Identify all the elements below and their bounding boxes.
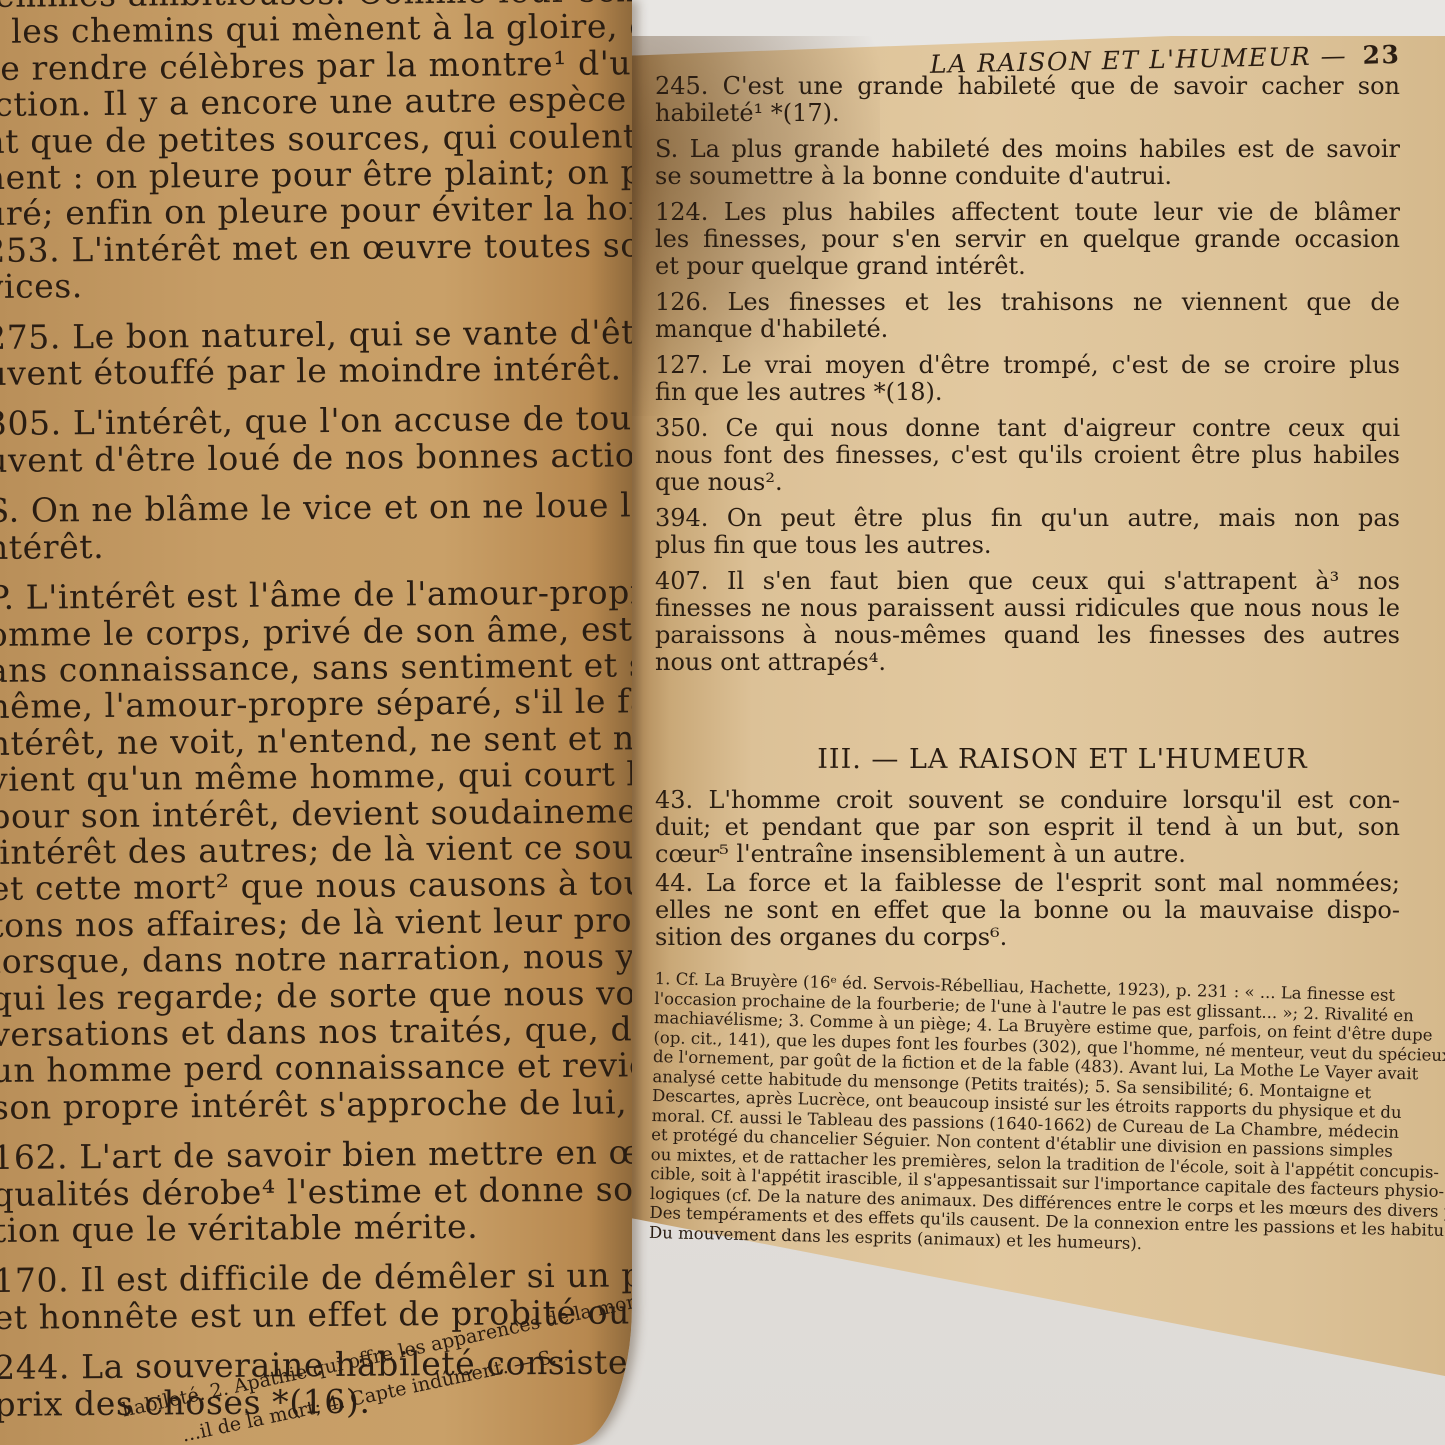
text-line: manque d'habileté.	[655, 316, 1400, 343]
text-line: 126. Les finesses et les trahisons ne vi…	[655, 289, 1400, 316]
right-page-content: LA RAISON ET L'HUMEUR — 23 245. C'est un…	[655, 40, 1400, 1242]
text-line: sition des organes du corps⁶.	[655, 924, 1400, 951]
maxim-s: S. La plus grande habileté des moins hab…	[655, 136, 1400, 190]
text-line: les finesses, pour s'en servir en quelqu…	[655, 226, 1400, 253]
text-line: cœur⁵ l'entraîne insensiblement à un aut…	[655, 841, 1400, 868]
footnotes: 1. Cf. La Bruyère (16ᵉ éd. Servois-Rébel…	[649, 969, 1400, 1259]
text-line: duit; et pendant que par son esprit il t…	[655, 814, 1400, 841]
text-line: finesses ne nous paraissent aussi ridicu…	[655, 595, 1400, 622]
text-line: 124. Les plus habiles affectent toute le…	[655, 199, 1400, 226]
text-line: S. La plus grande habileté des moins hab…	[655, 136, 1400, 163]
maxim-s-line: S. On ne blâme le vice et on ne loue la …	[0, 487, 632, 530]
maxim-126: 126. Les finesses et les trahisons ne vi…	[655, 289, 1400, 343]
text-line: fin que les autres *(18).	[655, 379, 1400, 406]
maxim-394: 394. On peut être plus fin qu'un autre, …	[655, 505, 1400, 559]
section-title: III. — LA RAISON ET L'HUMEUR	[655, 744, 1400, 775]
maxim-275-line: uvent étouffé par le moindre intérêt.	[0, 350, 632, 393]
maxim-305-line: uvent d'être loué de nos bonnes actions …	[0, 437, 632, 480]
text-line: 394. On peut être plus fin qu'un autre, …	[655, 505, 1400, 532]
maxims-section-ii: 245. C'est une grande habileté que de sa…	[655, 73, 1400, 676]
maxim-44: 44. La force et la faiblesse de l'esprit…	[655, 870, 1400, 951]
maxim-162-line: qualités dérobe⁴ l'estime et donne souve…	[0, 1170, 632, 1213]
text-line: nous ont attrapés⁴.	[655, 649, 1400, 676]
text-line: paraissons à nous-mêmes quand les finess…	[655, 622, 1400, 649]
text-line: 127. Le vrai moyen d'être trompé, c'est …	[655, 352, 1400, 379]
maxim-124: 124. Les plus habiles affectent toute le…	[655, 199, 1400, 280]
left-page: femmes ambitieuses. Comme leur sexe leur…	[0, 0, 632, 1445]
maxims-section-iii: 43. L'homme croit souvent se conduire lo…	[655, 787, 1400, 951]
text-line: 44. La force et la faiblesse de l'esprit…	[655, 870, 1400, 897]
text-line: se soumettre à la bonne conduite d'autru…	[655, 163, 1400, 190]
maxim-127: 127. Le vrai moyen d'être trompé, c'est …	[655, 352, 1400, 406]
text-line: plus fin que tous les autres.	[655, 532, 1400, 559]
text-line: habileté¹ *(17).	[655, 100, 1400, 127]
maxim-350: 350. Ce qui nous donne tant d'aigreur co…	[655, 415, 1400, 496]
maxim-43: 43. L'homme croit souvent se conduire lo…	[655, 787, 1400, 868]
maxim-p-line: son propre intérêt s'approche de lui, ou…	[0, 1084, 632, 1127]
text-line: et pour quelque grand intérêt.	[655, 253, 1400, 280]
text-line: 407. Il s'en faut bien que ceux qui s'at…	[655, 568, 1400, 595]
text-line: 350. Ce qui nous donne tant d'aigreur co…	[655, 415, 1400, 442]
text-line: elles ne sont en effet que la bonne ou l…	[655, 897, 1400, 924]
maxim-162-line: tion que le véritable mérite.	[0, 1207, 632, 1250]
maxim-253-line: vices.	[0, 263, 632, 306]
left-page-text: femmes ambitieuses. Comme leur sexe leur…	[0, 0, 632, 1423]
maxim-407: 407. Il s'en faut bien que ceux qui s'at…	[655, 568, 1400, 676]
page-number: 23	[1362, 40, 1400, 70]
maxim-253-line: 253. L'intérêt met en œuvre toutes sorte…	[0, 227, 632, 270]
maxim-s-line: ntérêt.	[0, 524, 632, 567]
text-line: 43. L'homme croit souvent se conduire lo…	[655, 787, 1400, 814]
text-line: que nous².	[655, 469, 1400, 496]
text-line: nous font des finesses, c'est qu'ils cro…	[655, 442, 1400, 469]
